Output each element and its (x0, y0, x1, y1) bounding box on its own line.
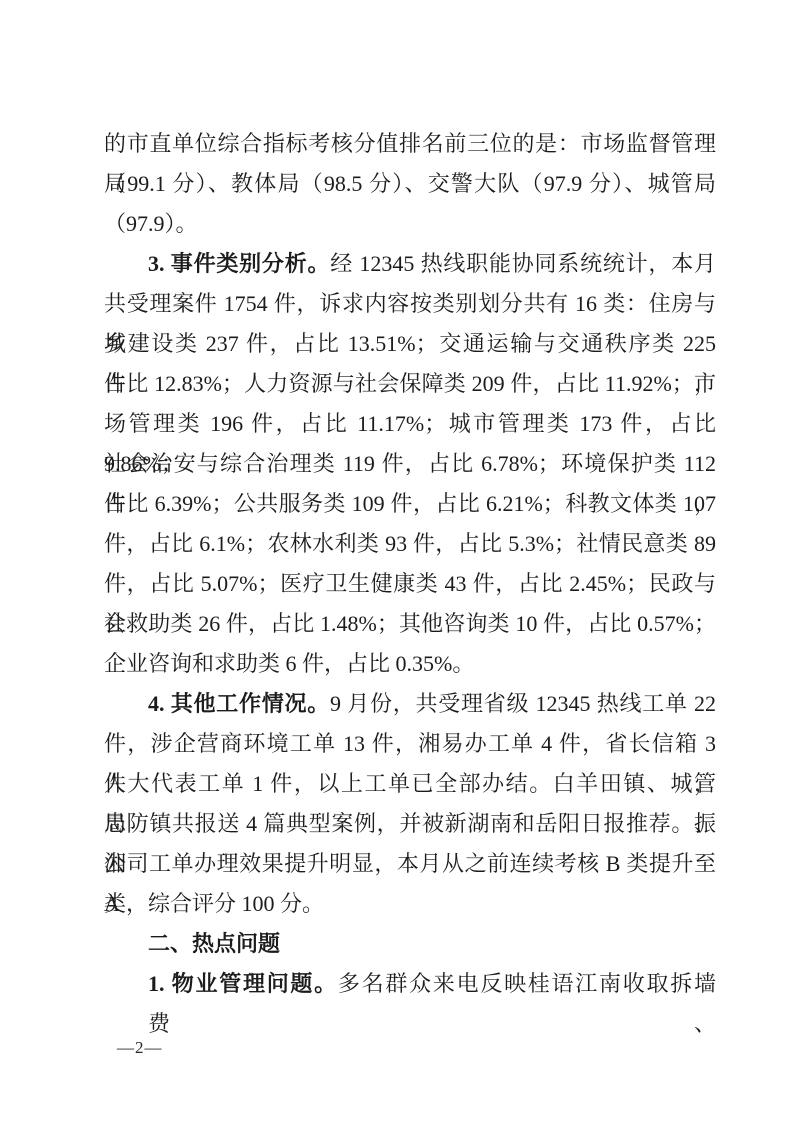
text-segment: 类，综合评分 100 分。 (104, 891, 324, 916)
text-line: 企业咨询和求助类 6 件，占比 0.35%。 (104, 644, 716, 684)
text-line: 公司工单办理效果提升明显，本月从之前连续考核 B 类提升至 A (104, 844, 716, 884)
text-segment: 会救助类 26 件，占比 1.48%；其他咨询类 10 件，占比 0.57%； (104, 611, 716, 636)
text-line: 场管理类 196 件，占比 11.17%；城市管理类 173 件，占比 9.86… (104, 404, 716, 444)
text-line: 乡建设类 237 件，占比 13.51%；交通运输与交通秩序类 225 件， (104, 324, 716, 364)
text-line: 人大代表工单 1 件，以上工单已全部办结。白羊田镇、城管局、 (104, 764, 716, 804)
page-number: —2— (117, 1038, 163, 1058)
text-line: 3. 事件类别分析。经 12345 热线职能协同系统统计，本月 (104, 244, 716, 284)
text-segment: （99.1 分）、教体局（98.5 分）、交警大队（97.9 分）、城管局 (104, 171, 716, 196)
text-segment: 9 月份，共受理省级 12345 热线工单 22 (330, 691, 716, 716)
document-page: 的市直单位综合指标考核分值排名前三位的是：市场监督管理局（99.1 分）、教体局… (0, 0, 793, 1122)
text-line: 社会治安与综合治理类 119 件，占比 6.78%；环境保护类 112 件， (104, 444, 716, 484)
bold-text-segment: 3. 事件类别分析。 (148, 251, 330, 276)
text-line: 占比 12.83%；人力资源与社会保障类 209 件，占比 11.92%；市 (104, 364, 716, 404)
text-line: 件，涉企营商环境工单 13 件，湘易办工单 4 件，省长信箱 3 件， (104, 724, 716, 764)
text-segment: 件，占比 6.1%；农林水利类 93 件，占比 5.3%；社情民意类 89 (104, 531, 716, 556)
text-segment: （97.9）。 (104, 211, 198, 236)
text-line: 忠防镇共报送 4 篇典型案例，并被新湖南和岳阳日报推荐。振湘 (104, 804, 716, 844)
text-line: 件，占比 5.07%；医疗卫生健康类 43 件，占比 2.45%；民政与社 (104, 564, 716, 604)
text-line: 件，占比 6.1%；农林水利类 93 件，占比 5.3%；社情民意类 89 (104, 524, 716, 564)
text-line: 会救助类 26 件，占比 1.48%；其他咨询类 10 件，占比 0.57%； (104, 604, 716, 644)
bold-text-segment: 二、热点问题 (148, 931, 280, 956)
text-line: 占比 6.39%；公共服务类 109 件，占比 6.21%；科教文体类 107 (104, 484, 716, 524)
text-line: 共受理案件 1754 件，诉求内容按类别划分共有 16 类：住房与城 (104, 284, 716, 324)
text-segment: 占比 12.83%；人力资源与社会保障类 209 件，占比 11.92%；市 (104, 371, 716, 396)
text-line: 1. 物业管理问题。多名群众来电反映桂语江南收取拆墙费、 (104, 964, 716, 1004)
text-line: （99.1 分）、教体局（98.5 分）、交警大队（97.9 分）、城管局 (104, 164, 716, 204)
text-segment: 占比 6.39%；公共服务类 109 件，占比 6.21%；科教文体类 107 (104, 491, 716, 516)
text-line: 类，综合评分 100 分。 (104, 884, 716, 924)
text-block: 的市直单位综合指标考核分值排名前三位的是：市场监督管理局（99.1 分）、教体局… (104, 124, 716, 1004)
text-line: 二、热点问题 (104, 924, 716, 964)
text-line: 4. 其他工作情况。9 月份，共受理省级 12345 热线工单 22 (104, 684, 716, 724)
text-line: 的市直单位综合指标考核分值排名前三位的是：市场监督管理局 (104, 124, 716, 164)
text-line: （97.9）。 (104, 204, 716, 244)
bold-text-segment: 4. 其他工作情况。 (148, 691, 330, 716)
text-segment: 经 12345 热线职能协同系统统计，本月 (330, 251, 716, 276)
text-segment: 企业咨询和求助类 6 件，占比 0.35%。 (104, 651, 474, 676)
bold-text-segment: 1. 物业管理问题。 (148, 971, 338, 996)
